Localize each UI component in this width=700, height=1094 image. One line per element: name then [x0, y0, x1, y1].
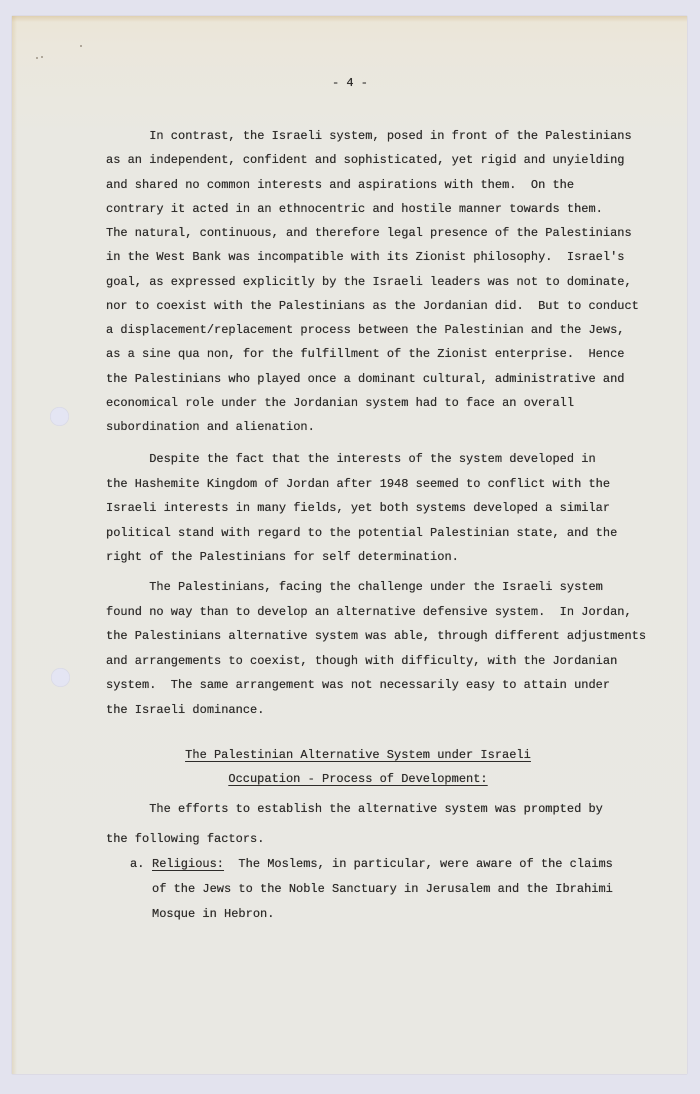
text-line: Israeli interests in many fields, yet bo…	[106, 496, 610, 520]
text-line: In contrast, the Israeli system, posed i…	[106, 124, 632, 148]
punch-hole-bottom	[51, 668, 70, 687]
heading-line-1: The Palestinian Alternative System under…	[0, 743, 700, 768]
text-line: found no way than to develop an alternat…	[106, 600, 632, 624]
factor-text: The Moslems, in particular, were aware o…	[224, 857, 613, 871]
text-line: economical role under the Jordanian syst…	[106, 391, 574, 415]
text-line: the following factors.	[106, 827, 264, 851]
text-line: the Palestinians alternative system was …	[106, 624, 646, 648]
text-line: of the Jews to the Noble Sanctuary in Je…	[152, 882, 613, 896]
text-line: The efforts to establish the alternative…	[106, 797, 603, 821]
text-line: goal, as expressed explicitly by the Isr…	[106, 270, 632, 294]
text-line: the Hashemite Kingdom of Jordan after 19…	[106, 472, 610, 496]
paper-speck	[41, 56, 43, 58]
text-line: Mosque in Hebron.	[152, 907, 274, 921]
text-line: political stand with regard to the poten…	[106, 521, 617, 545]
heading-line-2: Occupation - Process of Development:	[0, 767, 700, 792]
text-line: in the West Bank was incompatible with i…	[106, 245, 624, 269]
text-line: nor to coexist with the Palestinians as …	[106, 294, 639, 318]
text-line: and shared no common interests and aspir…	[106, 173, 574, 197]
punch-hole-top	[50, 407, 69, 426]
text-line: The natural, continuous, and therefore l…	[106, 221, 632, 245]
text-line: The Palestinians, facing the challenge u…	[106, 575, 603, 599]
factor-marker: a.	[130, 857, 144, 871]
factor-first-line: Religious: The Moslems, in particular, w…	[152, 857, 613, 871]
text-line: subordination and alienation.	[106, 415, 315, 439]
paper-speck	[36, 57, 38, 59]
text-line: system. The same arrangement was not nec…	[106, 673, 610, 697]
heading-text: The Palestinian Alternative System under…	[185, 748, 531, 762]
text-line: the Palestinians who played once a domin…	[106, 367, 624, 391]
factor-label: Religious:	[152, 857, 224, 871]
text-line: a displacement/replacement process betwe…	[106, 318, 624, 342]
text-line: contrary it acted in an ethnocentric and…	[106, 197, 603, 221]
text-line: Despite the fact that the interests of t…	[106, 447, 596, 471]
text-line: right of the Palestinians for self deter…	[106, 545, 459, 569]
heading-text: Occupation - Process of Development:	[228, 772, 487, 786]
page-number: - 4 -	[0, 76, 700, 90]
text-line: the Israeli dominance.	[106, 698, 264, 722]
text-line: as an independent, confident and sophist…	[106, 148, 624, 172]
text-line: as a sine qua non, for the fulfillment o…	[106, 342, 624, 366]
text-line: and arrangements to coexist, though with…	[106, 649, 617, 673]
paper-speck	[80, 45, 82, 47]
